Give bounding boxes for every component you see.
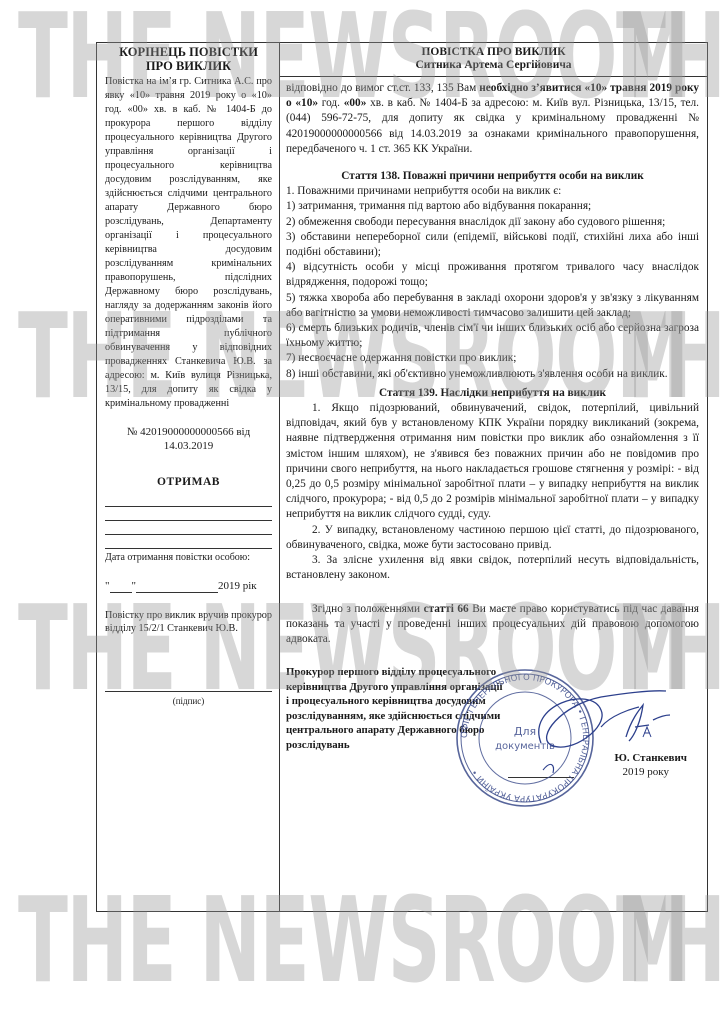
article-138-items: 1. Поважними причинами неприбуття особи … (286, 184, 699, 382)
article-139-paragraph: 1. Якщо підозрюваний, обвинувачений, сві… (286, 401, 699, 523)
article-138-item: 5) тяжка хвороба або перебування в закла… (286, 291, 699, 321)
article-139-title: Стаття 139. Наслідки неприбуття на викли… (286, 386, 699, 401)
stub-case-number: № 42019000000000566 від 14.03.2019 (105, 425, 272, 453)
received-line (105, 535, 272, 549)
received-title: ОТРИМАВ (105, 475, 272, 489)
article-138-title: Стаття 138. Поважні причини неприбуття о… (286, 169, 699, 184)
handed-by: Повістку про виклик вручив прокурор відд… (105, 609, 272, 635)
article-138-item: 4) відсутність особи у місці проживання … (286, 260, 699, 290)
signature-block: Прокурор першого відділу процесуального … (286, 665, 699, 775)
received-line (105, 493, 272, 507)
summons-stub: КОРІНЕЦЬ ПОВІСТКИ ПРО ВИКЛИК Повістка на… (97, 43, 280, 911)
date-received-field: " " 2019 рік (105, 579, 272, 593)
received-lines (105, 493, 272, 549)
article-138-item: 7) несвоєчасне одержання повістки про ви… (286, 351, 699, 366)
month-blank (136, 581, 218, 593)
stub-signature-label: (підпис) (105, 694, 272, 708)
received-line (105, 507, 272, 521)
article-138-item: 3) обставини непереборної сили (епідемії… (286, 230, 699, 260)
summons-header: ПОВІСТКА ПРО ВИКЛИК Ситника Артема Сергі… (280, 43, 707, 77)
article-138-item: 8) інші обставини, які об'єктивно унемож… (286, 367, 699, 382)
summons-addressee: Ситника Артема Сергійовича (280, 59, 707, 72)
article-139-paragraph: 2. У випадку, встановленому частиною пер… (286, 523, 699, 553)
article-139-paragraph: 3. За злісне ухилення від явки свідок, п… (286, 553, 699, 583)
article-138-item: 1) затримання, тримання під вартою або в… (286, 199, 699, 214)
summons-document: КОРІНЕЦЬ ПОВІСТКИ ПРО ВИКЛИК Повістка на… (96, 42, 708, 912)
summons-main: ПОВІСТКА ПРО ВИКЛИК Ситника Артема Сергі… (280, 43, 707, 911)
stub-signature-line (105, 691, 272, 692)
handwritten-signature-icon (531, 665, 671, 775)
date-received-label: Дата отримання повістки особою: (105, 551, 272, 565)
article-138-item: 2) обмеження свободи пересування внаслід… (286, 215, 699, 230)
rights-notice: Згідно з положеннями статті 66 Ви маєте … (286, 602, 699, 648)
summons-intro: відповідно до вимог ст.ст. 133, 135 Вам … (286, 81, 699, 157)
day-blank (110, 581, 132, 593)
article-138-item: 6) смерть близьких родичів, членів сім'ї… (286, 321, 699, 351)
stub-title: КОРІНЕЦЬ ПОВІСТКИ ПРО ВИКЛИК (105, 45, 272, 73)
article-138-item: 1. Поважними причинами неприбуття особи … (286, 184, 699, 199)
article-139-paragraphs: 1. Якщо підозрюваний, обвинувачений, сві… (286, 401, 699, 583)
stub-body: Повістка на ім’я гр. Ситника А.С. про яв… (105, 75, 272, 411)
received-line (105, 521, 272, 535)
summons-title: ПОВІСТКА ПРО ВИКЛИК (280, 46, 707, 59)
